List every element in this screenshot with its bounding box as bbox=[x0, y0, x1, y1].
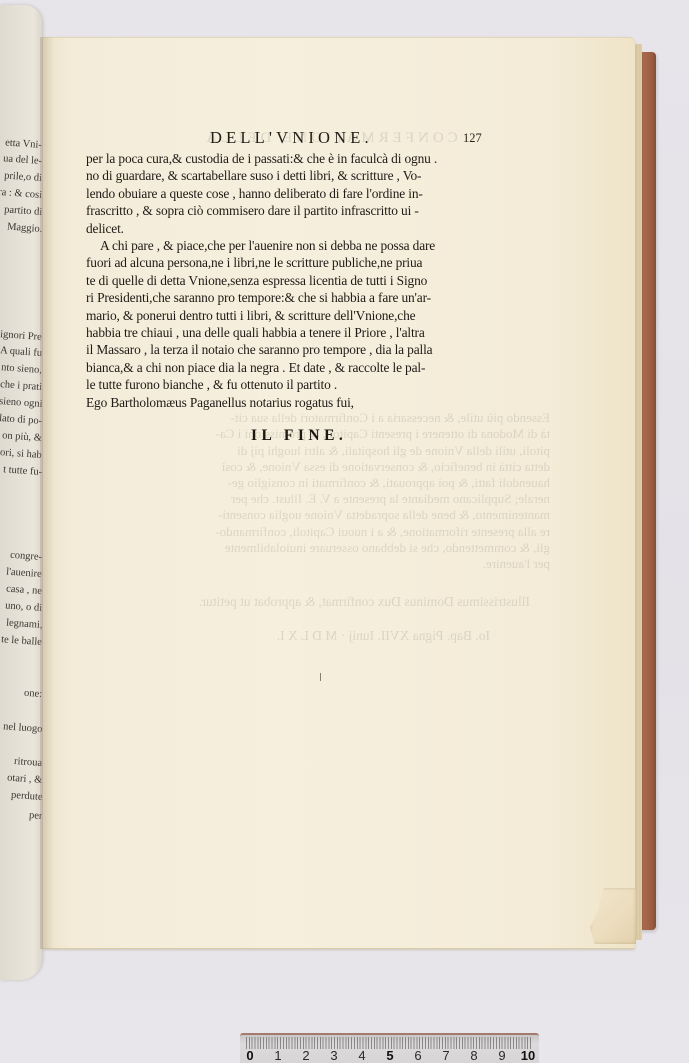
left-text-line: on più, & bbox=[2, 429, 42, 446]
body-text: per la poca cura,& custodia de i passati… bbox=[86, 150, 532, 411]
left-text-line: casa , ne bbox=[6, 583, 42, 599]
ruler-label: 8 bbox=[464, 1048, 484, 1063]
left-text-line: nto sieno, bbox=[1, 361, 42, 378]
left-text-line: ritroua bbox=[14, 755, 42, 771]
left-text-line: ua del le- bbox=[3, 152, 42, 169]
page-number: 127 bbox=[463, 131, 482, 146]
text-line: lendo obuiare a queste cose , hanno deli… bbox=[86, 185, 532, 202]
ruler-label: 6 bbox=[408, 1048, 428, 1063]
text-line: te di quelle di detta Vnione,senza espre… bbox=[86, 272, 532, 289]
left-text-line: Maggio. bbox=[6, 221, 42, 237]
ruler-label: 7 bbox=[436, 1048, 456, 1063]
left-text-line: l'auenire bbox=[6, 566, 42, 582]
ruler-label: 9 bbox=[492, 1048, 512, 1063]
printed-text-block: DELL'VNIONE. 127 per la poca cura,& cust… bbox=[86, 128, 532, 445]
left-text-line: otari , & bbox=[6, 772, 42, 788]
ruler-label: 4 bbox=[352, 1048, 372, 1063]
finis-heading: IL FINE. bbox=[86, 427, 532, 445]
ruler-label: 1 bbox=[268, 1048, 288, 1063]
ruler-label: 0 bbox=[240, 1048, 260, 1063]
left-text-line: etta Vni- bbox=[5, 136, 42, 153]
running-head: DELL'VNIONE. 127 bbox=[86, 128, 532, 150]
text-line: mario, & ponerui dentro tutti i libri, &… bbox=[86, 307, 532, 324]
left-text-line: partito di bbox=[3, 203, 42, 220]
text-line: habbia tre chiaui , una delle quali habb… bbox=[86, 324, 532, 341]
left-text-line: perdute bbox=[10, 789, 42, 805]
text-line: ri Presidenti,che saranno pro tempore:& … bbox=[86, 289, 532, 306]
left-text-line: ra : & cosi bbox=[0, 186, 42, 203]
ruler-label: 5 bbox=[380, 1048, 400, 1063]
left-text-line: che i prati bbox=[0, 378, 42, 395]
left-text-line: nel luogo bbox=[2, 720, 42, 737]
left-page: etta Vni- ua del le- prile,o di ra : & c… bbox=[0, 5, 42, 980]
left-text-line: per bbox=[28, 809, 42, 824]
ruler-label: 10 bbox=[518, 1048, 538, 1063]
left-text-line: legnami, bbox=[5, 616, 42, 633]
text-line: fuori ad alcuna persona,ne i libri,ne le… bbox=[86, 254, 532, 271]
text-line: frascritto , & sopra ciò commisero dare … bbox=[86, 202, 532, 219]
ruler-label: 3 bbox=[324, 1048, 344, 1063]
left-text-line: lato di po- bbox=[0, 412, 42, 429]
left-text-line: one: bbox=[23, 687, 42, 702]
stray-mark bbox=[320, 673, 321, 681]
text-line: per la poca cura,& custodia de i passati… bbox=[86, 150, 532, 167]
left-text-line: tori, si hab bbox=[0, 446, 42, 463]
text-line: delicet. bbox=[86, 220, 532, 237]
left-text-line: prile,o di bbox=[4, 169, 42, 186]
text-line: Ego Bartholomæus Paganellus notarius rog… bbox=[86, 394, 532, 411]
ruler-label: 2 bbox=[296, 1048, 316, 1063]
left-text-line: t tutte fu- bbox=[3, 463, 42, 480]
text-line: il Massaro , la terza il notaio che sara… bbox=[86, 341, 532, 358]
left-text-line: ignori Pre bbox=[0, 328, 42, 345]
left-text-line: te le balle bbox=[1, 633, 42, 650]
text-line: A chi pare , & piace,che per l'auenire n… bbox=[86, 237, 532, 254]
text-line: bianca,& a chi non piace dia la negra . … bbox=[86, 359, 532, 376]
left-text-line: A quali fu bbox=[0, 344, 42, 361]
left-text-line: uno, o di bbox=[5, 599, 42, 616]
text-line: no di guardare, & scartabellare suso i d… bbox=[86, 167, 532, 184]
running-title: DELL'VNIONE. bbox=[210, 128, 373, 148]
left-text-line: congre- bbox=[10, 549, 42, 565]
text-line: le tutte furono bianche , & fu ottenuto … bbox=[86, 376, 532, 393]
left-text-line: sieno ogni bbox=[0, 395, 42, 412]
scale-ruler: 0 1 2 3 4 5 6 7 8 9 10 bbox=[240, 1033, 539, 1063]
ruler-labels: 0 1 2 3 4 5 6 7 8 9 10 bbox=[240, 1048, 539, 1063]
